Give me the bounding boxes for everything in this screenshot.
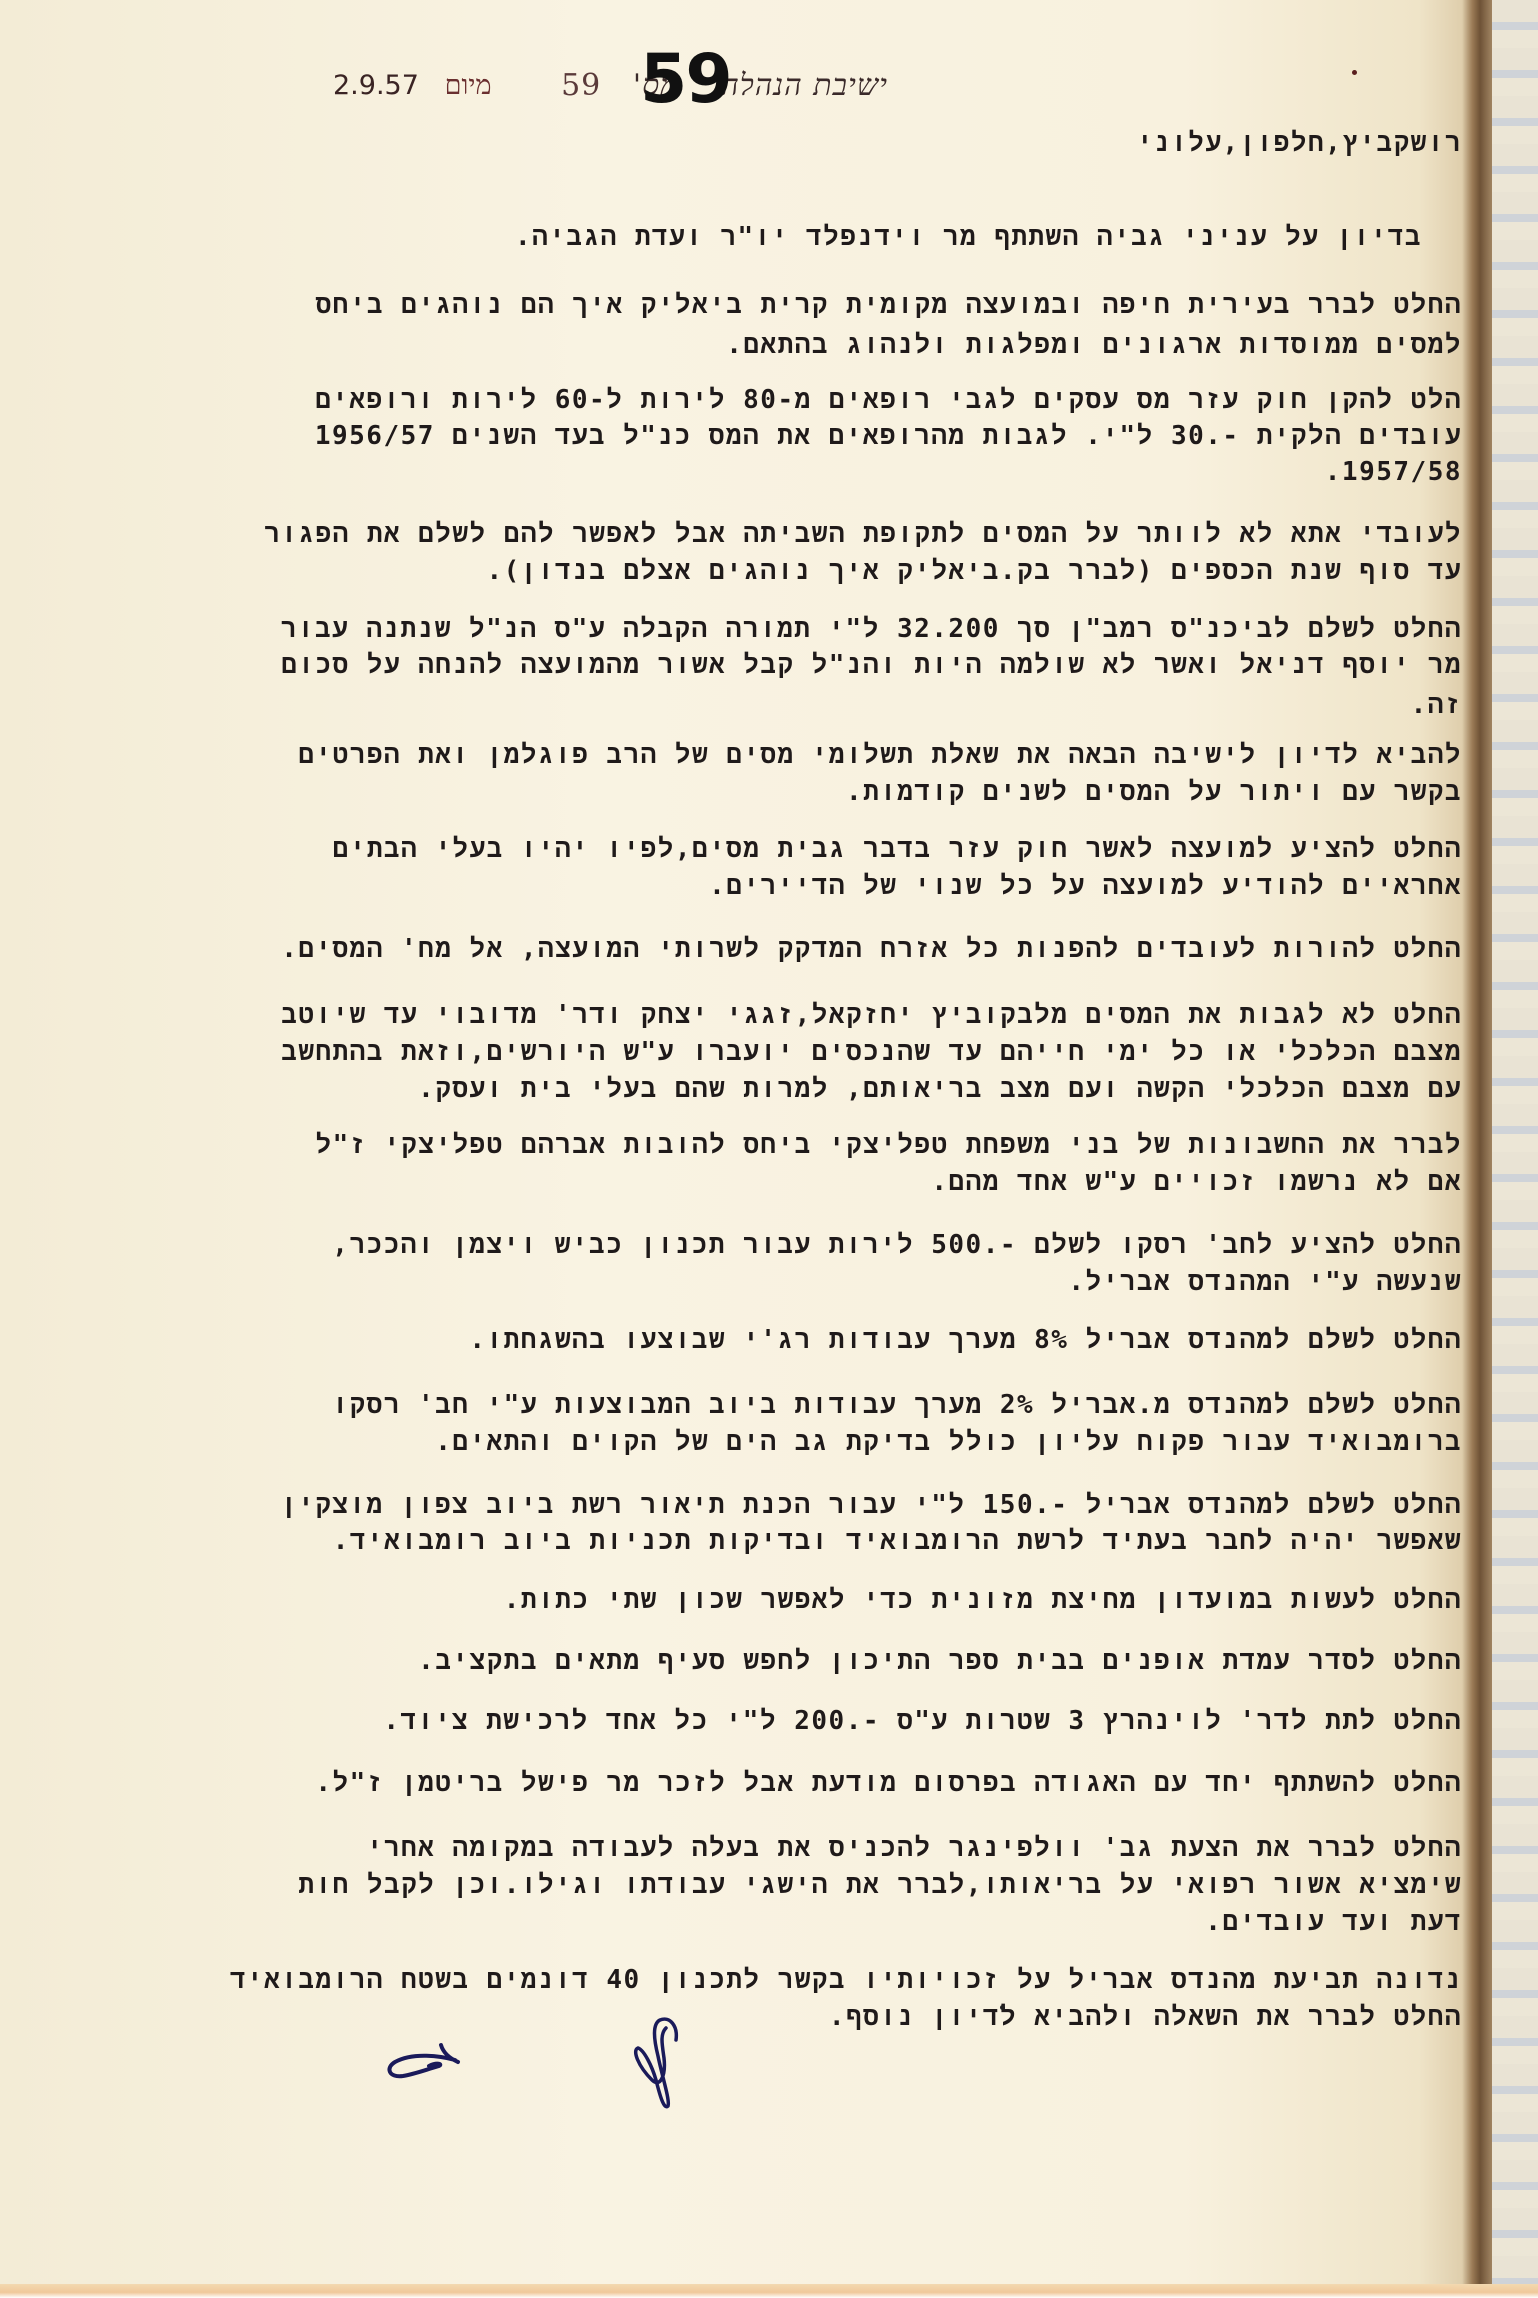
signature-1-icon [383,2040,483,2100]
ink-speck [1000,2005,1005,2010]
minute-line: לברר את החשבונות של בני משפחת טפליצקי בי… [316,1130,1462,1161]
meeting-title-text: ישיבת הנהלה [721,68,888,103]
page-bottom-edge [0,2284,1538,2298]
adjacent-page-edge [1492,0,1538,2298]
minute-line: זה. [1411,690,1462,721]
minute-line: החלט לעשות במועדון מחיצת מזונית כדי לאפש… [504,1585,1462,1616]
minute-line: בדיון על עניני גביה השתתף מר וידנפלד יו"… [515,222,1422,253]
minute-line: החלט לשלם למהנדס אבריל -.150 ל"י עבור הכ… [281,1490,1462,1521]
minute-line: עם מצבם הכלכלי הקשה ועם מצב בריאותם, למר… [418,1074,1462,1105]
minute-line: עובדים הלקית -.30 ל"י. לגבות מהרופאים את… [315,421,1462,452]
minute-line: החלט לברר את השאלה ולהביא לדיון נוסף. [829,2002,1462,2033]
signature-2-icon [630,2010,690,2120]
attendees-line: רושקביץ,חלפון,עלוני [1137,128,1462,159]
minute-line: 1957/58. [1325,457,1462,487]
minute-line: הלט להקן חוק עזר מס עסקים לגבי רופאים מ-… [315,385,1462,416]
minute-line: החלט להורות לעובדים להפנות כל אזרח המדקק… [281,934,1462,965]
minute-line: החלט לתת לדר' לוינהרץ 3 שטרות ע"ס -.200 … [383,1706,1462,1737]
document-header: ישיבת הנהלה מס' 59 59 מיום 2.9.57 [0,40,1538,100]
minute-line: דעת ועד עובדים. [1205,1907,1462,1938]
minute-line: נדונה תביעת מהנדס אבריל על זכויותיו בקשר… [230,1965,1462,1996]
minute-line: ברומבואיד עבור פקוח עליון כולל בדיקת גב … [435,1427,1462,1458]
minute-line: מצבם הכלכלי או כל ימי חייהם עד שהנכסים י… [281,1037,1462,1068]
minute-line: להביא לדיון לישיבה הבאה את שאלת תשלומי מ… [298,740,1462,771]
minute-line: החלט לא לגבות את המסים מלבקוביץ יחזקאל,ז… [281,1000,1462,1031]
date-label: מיום [445,70,492,101]
minute-line: החלט לברר את הצעת גב' וולפינגר להכניס את… [367,1833,1462,1864]
minute-line: למסים ממוסדות ארגונים ומפלגות ולנהוג בהת… [726,330,1462,361]
minute-line: החלט לשלם לביכנ"ס רמב"ן סך 32.200 ל"י תמ… [281,614,1462,645]
minute-line: שנעשה ע"י המהנדס אבריל. [1068,1267,1462,1298]
minute-line: החלט לסדר עמדת אופנים בבית ספר התיכון לח… [418,1646,1462,1677]
minute-line: החלט לשלם למהנדס מ.אבריל 2% מערך עבודות … [332,1390,1462,1421]
minute-line: מר יוסף דניאל ואשר לא שולמה היות והנ"ל ק… [281,650,1462,681]
minute-line: עד סוף שנת הכספים (לברר בק.ביאליק איך נו… [486,556,1462,587]
ink-speck [1352,70,1357,75]
minute-line: החלט להציע למועצה לאשר חוק עזר בדבר גבית… [333,834,1462,865]
minute-line: שאפשר יהיה לחבר בעתיד לרשת הרומבואיד ובד… [333,1526,1462,1557]
minute-line: שימציא אשור רפואי על בריאותו,לברר את היש… [298,1870,1462,1901]
minute-line: בקשר עם ויתור על המסים לשנים קודמות. [846,777,1462,808]
minute-line: החלט להשתתף יחד עם האגודה בפרסום מודעת א… [315,1768,1462,1799]
binding-gutter [1462,0,1492,2298]
date-value: 2.9.57 [333,70,419,101]
minute-line: החלט להציע לחב' רסקו לשלם -.500 לירות עב… [332,1230,1462,1261]
minute-line: לעובדי אתא לא לוותר על המסים לתקופת השבי… [264,519,1462,550]
minute-line: החלט לברר בעירית חיפה ובמועצה מקומית קרי… [316,290,1462,321]
minute-line: אחראיים להודיע למועצה על כל שנוי של הדיי… [709,871,1462,902]
page-number: 59 [640,40,731,119]
minute-line: אם לא נרשמו זכויים ע"ש אחד מהם. [931,1167,1462,1198]
meeting-number: 59 [561,68,601,103]
meeting-date: מיום 2.9.57 [333,70,492,101]
minute-line: החלט לשלם למהנדס אבריל 8% מערך עבודות רג… [469,1325,1462,1356]
